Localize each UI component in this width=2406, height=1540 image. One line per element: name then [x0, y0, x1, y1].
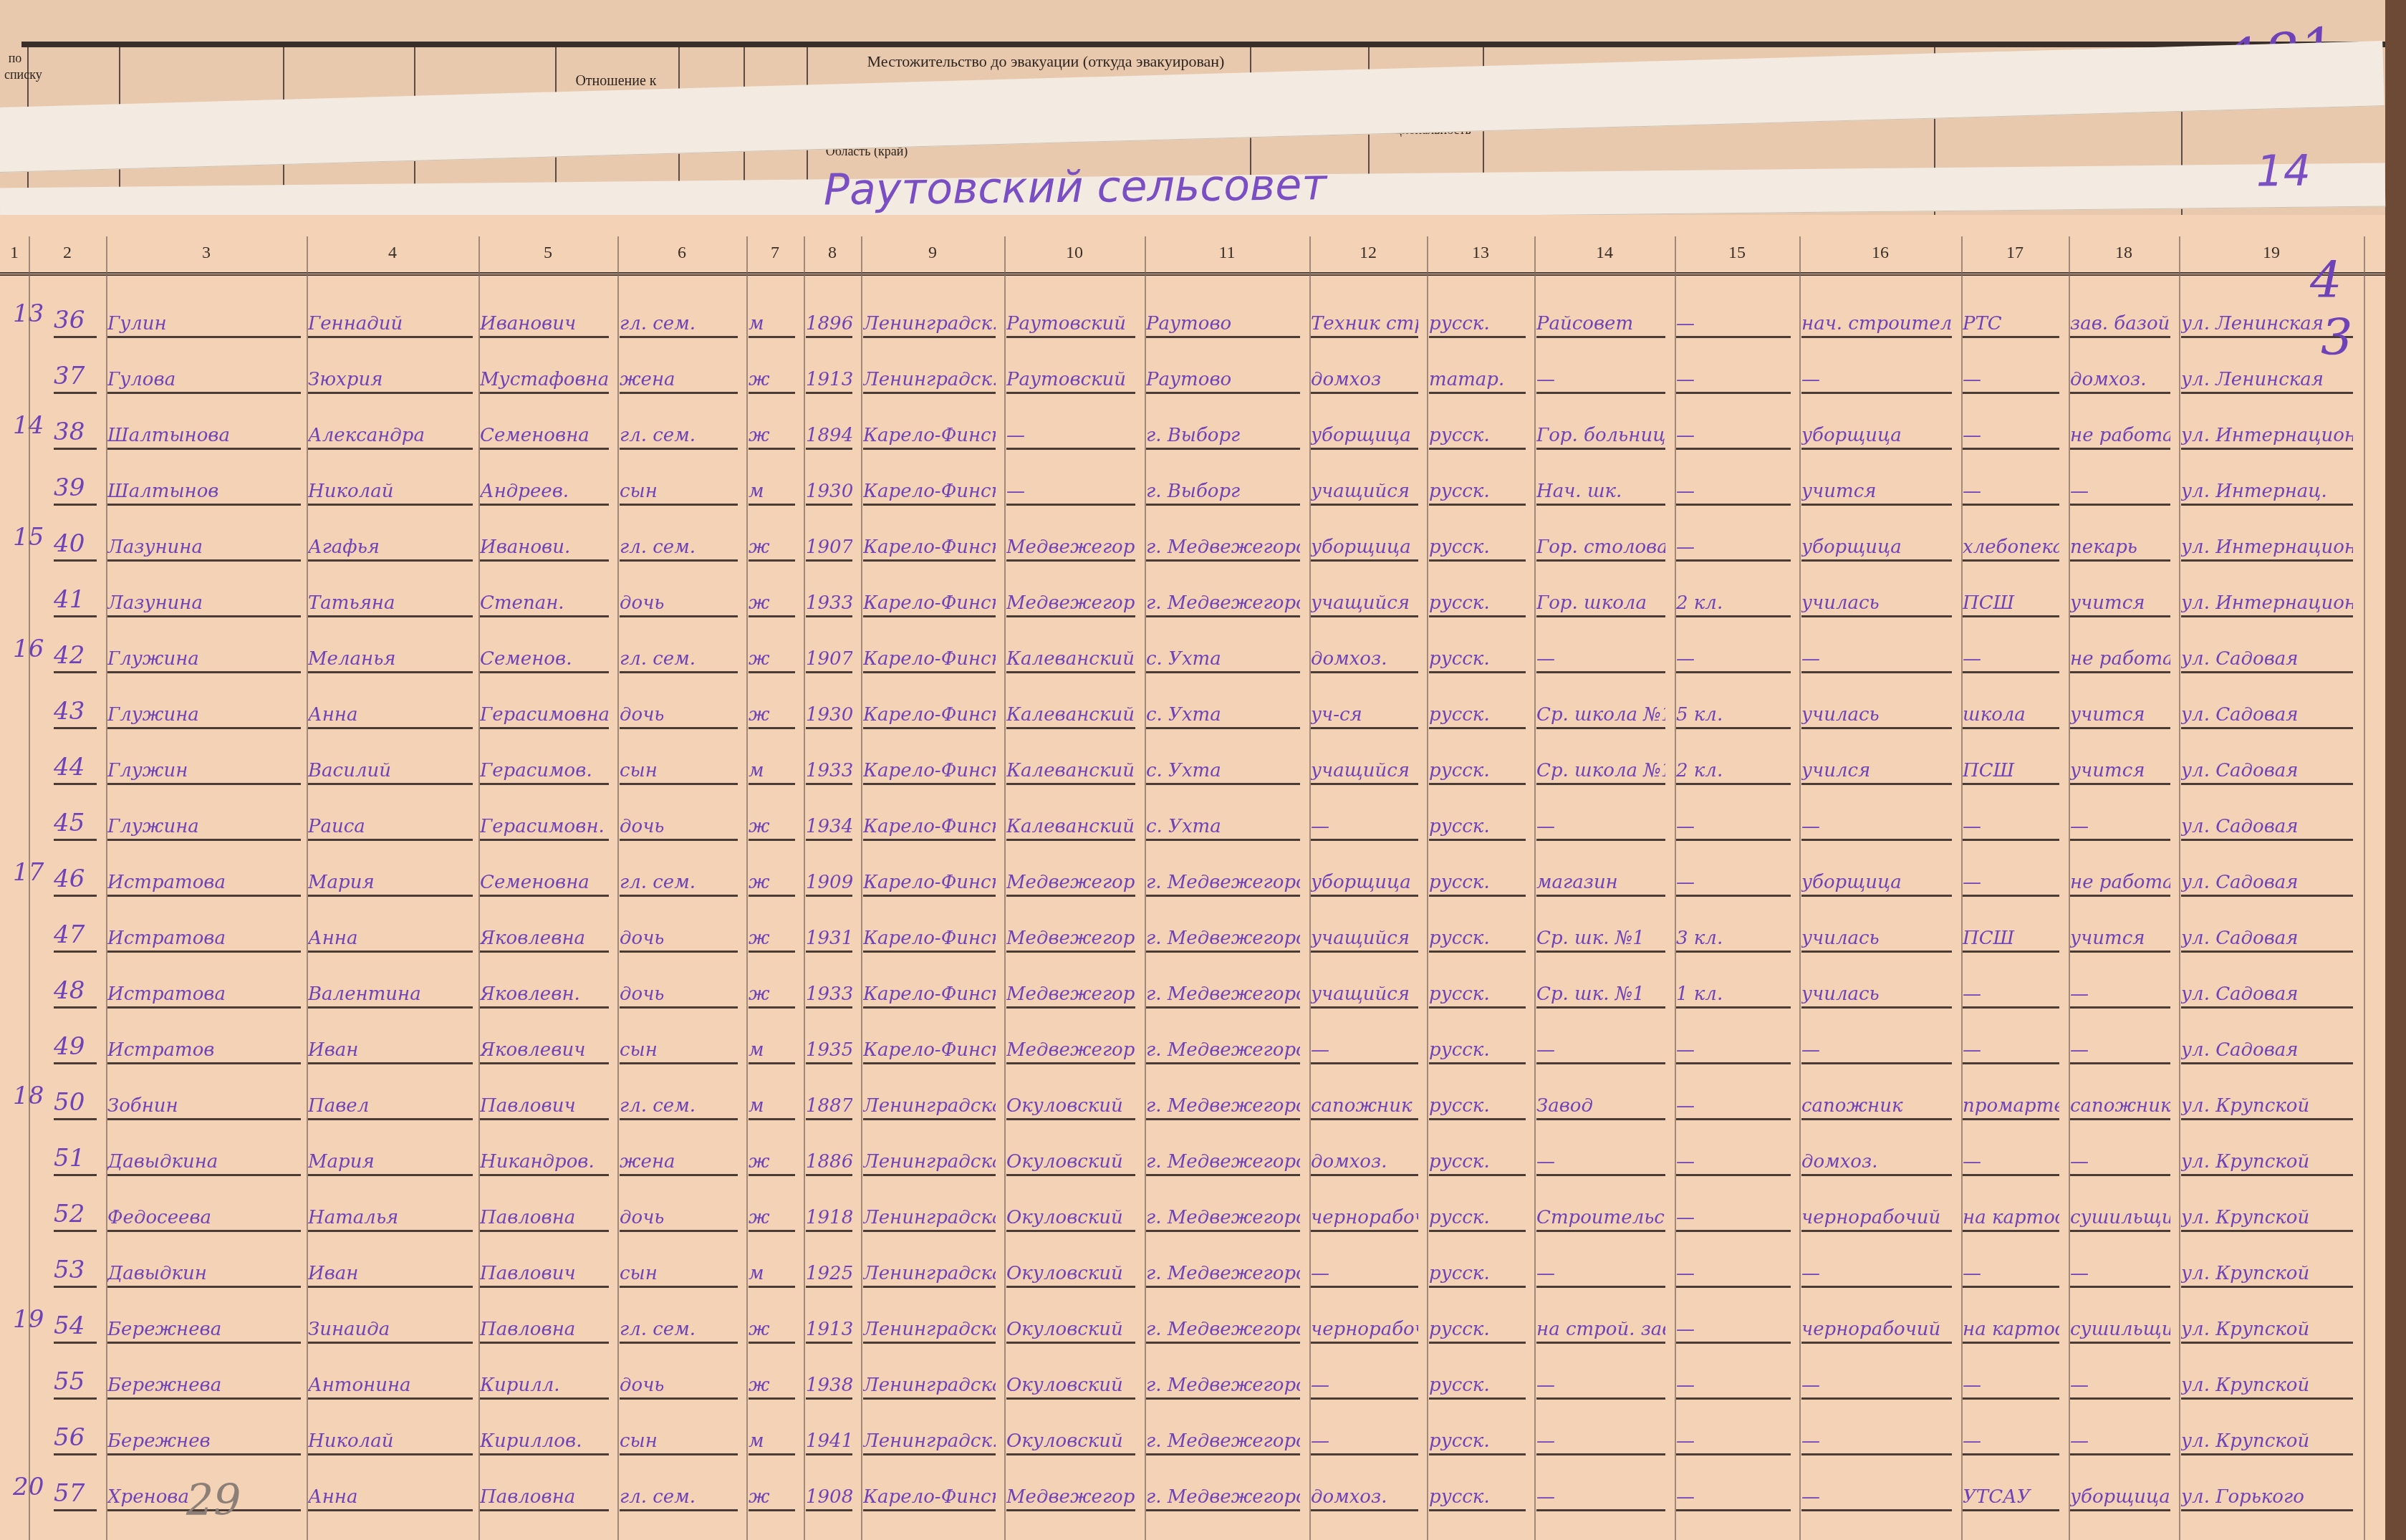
cell-position-now: —: [2070, 1263, 2170, 1288]
cell-address: ул. Интернациональная: [2181, 592, 2353, 617]
cell-address: ул. Крупской: [2181, 1095, 2353, 1120]
cell-patronymic: Яковлевич: [480, 1039, 609, 1064]
cell-first-name: Валентина: [308, 983, 473, 1009]
cell-no: 55: [54, 1367, 97, 1400]
cell-col15: 5 кл.: [1676, 704, 1791, 729]
register-page: 12345678910111213141516171819 1336ГулинГ…: [0, 215, 2385, 1540]
column-number: 4: [307, 244, 478, 263]
cell-region: Ленинградск.: [863, 313, 996, 338]
table-row: 39ШалтыновНиколайАндреев.сынм1930Карело-…: [0, 461, 2385, 510]
table-row: 53ДавыдкинИванПавловичсынм1925Ленинградс…: [0, 1243, 2385, 1292]
cell-nationality: русск.: [1429, 1151, 1526, 1176]
column-number: 5: [478, 244, 617, 263]
cell-no: 56: [54, 1423, 97, 1455]
cell-workplace-now: —: [1963, 816, 2059, 841]
grid-line: [106, 236, 107, 1540]
table-row: 52ФедосееваНатальяПавловнадочьж1918Ленин…: [0, 1188, 2385, 1236]
cell-patronymic: Кирилл.: [480, 1375, 609, 1400]
cell-surname: Зобнин: [107, 1095, 301, 1120]
cell-first-name: Анна: [308, 1486, 473, 1511]
cell-surname: Бережнева: [107, 1319, 301, 1344]
cell-first-name: Анна: [308, 928, 473, 953]
cell-patronymic: Яковлевн.: [480, 983, 609, 1009]
cell-profession: уборщица: [1311, 872, 1418, 897]
cell-year: 1886: [806, 1151, 852, 1176]
cell-position-before: уборщица: [1801, 872, 1952, 897]
cell-patronymic: Никандров.: [480, 1151, 609, 1176]
cell-surname: Давыдкин: [107, 1263, 301, 1288]
cell-position-now: зав. базой: [2070, 313, 2170, 338]
cell-patronymic: Степан.: [480, 592, 609, 617]
cell-settlement: с. Ухта: [1146, 760, 1300, 785]
cell-year: 1925: [806, 1263, 852, 1288]
cell-settlement: г. Медвежегорск: [1146, 1486, 1300, 1511]
cell-patronymic: Герасимовн.: [480, 816, 609, 841]
cell-district: Медвежегорский: [1006, 928, 1135, 953]
cell-district: Калеванский: [1006, 816, 1135, 841]
cell-workplace-now: на картофелесушилке: [1963, 1319, 2059, 1344]
cell-workplace-before: —: [1536, 1039, 1665, 1064]
cell-region: Карело-Финская АССР: [863, 592, 996, 617]
cell-region: Карело-Финская АССР: [863, 928, 996, 953]
cell-address: ул. Садовая: [2181, 928, 2353, 953]
cell-position-before: домхоз.: [1801, 1151, 1952, 1176]
cell-year: 1907: [806, 648, 852, 673]
cell-sex: м: [749, 760, 795, 785]
cell-first-name: Мария: [308, 1151, 473, 1176]
cell-first-name: Раиса: [308, 816, 473, 841]
cell-year: 1931: [806, 928, 852, 953]
cell-no: 38: [54, 418, 97, 450]
cell-no: 49: [54, 1032, 97, 1064]
cell-col15: 1 кл.: [1676, 983, 1791, 1009]
cell-workplace-now: —: [1963, 1263, 2059, 1288]
column-number: 8: [804, 244, 861, 263]
table-row: 45ГлужинаРаисаГерасимовн.дочьж1934Карело…: [0, 797, 2385, 845]
cell-district: Калеванский: [1006, 648, 1135, 673]
cell-nationality: русск.: [1429, 928, 1526, 953]
table-row: 51ДавыдкинаМарияНикандров.женаж1886Ленин…: [0, 1132, 2385, 1180]
cell-relation: жена: [620, 369, 738, 394]
cell-workplace-now: —: [1963, 648, 2059, 673]
cell-settlement: г. Медвежегорск: [1146, 536, 1300, 562]
cell-surname: Шалтынов: [107, 481, 301, 506]
header-residence-group: Местожительство до эвакуации (откуда эва…: [845, 52, 1246, 72]
cell-region: Ленинградская: [863, 1095, 996, 1120]
cell-position-before: училась: [1801, 983, 1952, 1009]
cell-workplace-now: школа: [1963, 704, 2059, 729]
cell-first-name: Павел: [308, 1095, 473, 1120]
cell-col15: —: [1676, 1375, 1791, 1400]
cell-nationality: татар.: [1429, 369, 1526, 394]
cell-nationality: русск.: [1429, 1095, 1526, 1120]
table-row: 1438ШалтыноваАлександраСеменовнагл. сем.…: [0, 405, 2385, 454]
cell-region: Карело-Финская АССР: [863, 983, 996, 1009]
cell-workplace-before: Гор. столовая: [1536, 536, 1665, 562]
column-number: 1: [0, 244, 29, 263]
cell-surname: Глужин: [107, 760, 301, 785]
cell-sex: ж: [749, 369, 795, 394]
cell-address: ул. Интернациональная: [2181, 536, 2353, 562]
cell-position-before: чернорабочий: [1801, 1319, 1952, 1344]
cell-settlement: г. Медвежегорск: [1146, 983, 1300, 1009]
cell-profession: учащийся: [1311, 983, 1418, 1009]
cell-workplace-now: промартель: [1963, 1095, 2059, 1120]
cell-relation: дочь: [620, 1207, 738, 1232]
cell-position-now: учится: [2070, 760, 2170, 785]
cell-address: ул. Садовая: [2181, 816, 2353, 841]
cell-settlement: г. Медвежегорск: [1146, 1207, 1300, 1232]
cell-col15: —: [1676, 1095, 1791, 1120]
cell-district: Окуловский: [1006, 1151, 1135, 1176]
cell-region: Карело-Финская АССР: [863, 481, 996, 506]
cell-settlement: с. Ухта: [1146, 648, 1300, 673]
cell-address: ул. Садовая: [2181, 760, 2353, 785]
cell-region: Ленинградская: [863, 1207, 996, 1232]
cell-workplace-now: —: [1963, 1430, 2059, 1455]
grid-line: [2069, 236, 2070, 1540]
cell-no: 50: [54, 1088, 97, 1120]
cell-year: 1933: [806, 983, 852, 1009]
column-number-row: 12345678910111213141516171819: [0, 236, 2385, 276]
cell-first-name: Антонина: [308, 1375, 473, 1400]
cell-position-now: не работает: [2070, 648, 2170, 673]
cell-workplace-before: Гор. больница: [1536, 425, 1665, 450]
table-row: 1746ИстратоваМарияСеменовнагл. сем.ж1909…: [0, 852, 2385, 901]
grid-line: [1427, 236, 1428, 1540]
cell-nationality: русск.: [1429, 872, 1526, 897]
cell-district: Медвежегорский: [1006, 1039, 1135, 1064]
cell-workplace-now: —: [1963, 369, 2059, 394]
cell-relation: сын: [620, 1039, 738, 1064]
cell-relation: сын: [620, 481, 738, 506]
cell-year: 1933: [806, 760, 852, 785]
cell-position-before: —: [1801, 1430, 1952, 1455]
cell-no: 57: [54, 1479, 97, 1511]
cell-first-name: Николай: [308, 481, 473, 506]
cell-position-before: училась: [1801, 592, 1952, 617]
cell-sex: ж: [749, 592, 795, 617]
grid-line: [1534, 236, 1536, 1540]
cell-patronymic: Павлович: [480, 1263, 609, 1288]
cell-no: 37: [54, 362, 97, 394]
cell-district: —: [1006, 481, 1135, 506]
cell-region: Карело-Финская АССР: [863, 1486, 996, 1511]
table-row: 48ИстратоваВалентинаЯковлевн.дочьж1933Ка…: [0, 964, 2385, 1013]
grid-line: [617, 236, 619, 1540]
cell-workplace-before: Ср. шк. №1: [1536, 928, 1665, 953]
cell-nationality: русск.: [1429, 313, 1526, 338]
table-row: 1642ГлужинаМеланьяСеменов.гл. сем.ж1907К…: [0, 629, 2385, 678]
cell-year: 1938: [806, 1375, 852, 1400]
cell-relation: дочь: [620, 704, 738, 729]
table-row: 2057ХреноваАннаПавловнагл. сем.ж1908Каре…: [0, 1467, 2385, 1516]
cell-year: 1933: [806, 592, 852, 617]
cell-sex: ж: [749, 704, 795, 729]
cell-profession: —: [1311, 816, 1418, 841]
cell-workplace-now: ПСШ: [1963, 760, 2059, 785]
cell-workplace-before: —: [1536, 1430, 1665, 1455]
cell-settlement: Раутово: [1146, 313, 1300, 338]
cell-settlement: с. Ухта: [1146, 816, 1300, 841]
cell-col15: —: [1676, 648, 1791, 673]
cell-relation: гл. сем.: [620, 1095, 738, 1120]
cell-no: 39: [54, 473, 97, 506]
cell-workplace-now: РТС: [1963, 313, 2059, 338]
cell-sex: м: [749, 313, 795, 338]
table-row: 1850ЗобнинПавелПавловичгл. сем.м1887Лени…: [0, 1076, 2385, 1125]
cell-settlement: г. Выборг: [1146, 481, 1300, 506]
cell-position-now: пекарь: [2070, 536, 2170, 562]
cell-address: ул. Крупской: [2181, 1263, 2353, 1288]
cell-position-before: уборщица: [1801, 536, 1952, 562]
cell-nationality: русск.: [1429, 1375, 1526, 1400]
strip-number: 14: [2256, 146, 2311, 197]
cell-surname: Глужина: [107, 648, 301, 673]
cell-col15: 3 кл.: [1676, 928, 1791, 953]
cell-position-now: —: [2070, 1151, 2170, 1176]
grid-line: [1309, 236, 1311, 1540]
cell-relation: дочь: [620, 983, 738, 1009]
cell-address: ул. Садовая: [2181, 983, 2353, 1009]
cell-workplace-now: —: [1963, 1151, 2059, 1176]
cell-sex: ж: [749, 1207, 795, 1232]
cell-no: 36: [54, 306, 97, 338]
cell-col15: —: [1676, 872, 1791, 897]
cell-sex: ж: [749, 1486, 795, 1511]
cell-position-before: нач. строительства: [1801, 313, 1952, 338]
cell-position-before: —: [1801, 1263, 1952, 1288]
cell-profession: чернорабочий: [1311, 1319, 1418, 1344]
cell-workplace-before: Ср. шк. №1: [1536, 983, 1665, 1009]
cell-patronymic: Иванович: [480, 313, 609, 338]
column-number: 9: [861, 244, 1004, 263]
cell-nationality: русск.: [1429, 1430, 1526, 1455]
cell-nationality: русск.: [1429, 760, 1526, 785]
cell-patronymic: Кириллов.: [480, 1430, 609, 1455]
cell-profession: —: [1311, 1430, 1418, 1455]
cell-no: 42: [54, 641, 97, 673]
cell-nationality: русск.: [1429, 983, 1526, 1009]
cell-address: ул. Садовая: [2181, 648, 2353, 673]
cell-settlement: с. Ухта: [1146, 704, 1300, 729]
cell-year: 1918: [806, 1207, 852, 1232]
cell-col15: —: [1676, 816, 1791, 841]
cell-sex: ж: [749, 983, 795, 1009]
cell-address: ул. Крупской: [2181, 1207, 2353, 1232]
cell-relation: сын: [620, 1263, 738, 1288]
cell-col15: —: [1676, 1151, 1791, 1176]
cell-region: Карело-Финская АССР: [863, 1039, 996, 1064]
cell-no: 47: [54, 920, 97, 953]
cell-first-name: Александра: [308, 425, 473, 450]
cell-workplace-before: Райсовет: [1536, 313, 1665, 338]
cell-relation: гл. сем.: [620, 536, 738, 562]
cell-workplace-now: ПСШ: [1963, 592, 2059, 617]
table-row: 1336ГулинГеннадийИвановичгл. сем.м1896Ле…: [0, 294, 2385, 342]
cell-first-name: Зинаида: [308, 1319, 473, 1344]
cell-settlement: г. Медвежегорск: [1146, 1151, 1300, 1176]
cell-relation: гл. сем.: [620, 648, 738, 673]
cell-no: 48: [54, 976, 97, 1009]
cell-region: Ленинградск.: [863, 369, 996, 394]
cell-first-name: Василий: [308, 760, 473, 785]
cell-nationality: русск.: [1429, 1207, 1526, 1232]
cell-district: —: [1006, 425, 1135, 450]
cell-col15: 2 кл.: [1676, 760, 1791, 785]
column-number: 13: [1427, 244, 1534, 263]
cell-patronymic: Семеновна: [480, 872, 609, 897]
cell-settlement: г. Медвежегорск: [1146, 1375, 1300, 1400]
cell-position-now: учится: [2070, 704, 2170, 729]
cell-first-name: Мария: [308, 872, 473, 897]
cell-surname: Бережнева: [107, 1375, 301, 1400]
grid-line: [2364, 236, 2365, 1540]
cell-profession: учащийся: [1311, 760, 1418, 785]
cell-profession: учащийся: [1311, 481, 1418, 506]
cell-profession: учащийся: [1311, 592, 1418, 617]
margin-mark: 4: [2310, 251, 2342, 309]
cell-no: 46: [54, 865, 97, 897]
column-number: 14: [1534, 244, 1675, 263]
cell-region: Ленинградская: [863, 1319, 996, 1344]
grid-line: [29, 236, 30, 1540]
cell-workplace-before: —: [1536, 1151, 1665, 1176]
cell-profession: —: [1311, 1375, 1418, 1400]
cell-surname: Гулин: [107, 313, 301, 338]
cell-year: 1896: [806, 313, 852, 338]
cell-position-before: учился: [1801, 760, 1952, 785]
cell-position-now: —: [2070, 1375, 2170, 1400]
cell-district: Калеванский: [1006, 760, 1135, 785]
cell-sex: м: [749, 1263, 795, 1288]
table-row: 37ГуловаЗюхрияМустафовнаженаж1913Ленингр…: [0, 350, 2385, 398]
cell-position-before: сапожник: [1801, 1095, 1952, 1120]
grid-line: [1799, 236, 1801, 1540]
cell-settlement: Раутово: [1146, 369, 1300, 394]
cell-nationality: русск.: [1429, 1486, 1526, 1511]
cell-position-now: домхоз.: [2070, 369, 2170, 394]
cell-profession: —: [1311, 1039, 1418, 1064]
cell-surname: Федосеева: [107, 1207, 301, 1232]
cell-district: Окуловский: [1006, 1263, 1135, 1288]
cell-workplace-before: —: [1536, 1486, 1665, 1511]
cell-year: 1930: [806, 481, 852, 506]
column-number: 6: [617, 244, 746, 263]
cell-district: Медвежегорский: [1006, 1486, 1135, 1511]
table-row: 49ИстратовИванЯковлевичсынм1935Карело-Фи…: [0, 1020, 2385, 1069]
cell-workplace-now: —: [1963, 425, 2059, 450]
cell-profession: Техник строитель: [1311, 313, 1418, 338]
cell-workplace-now: —: [1963, 872, 2059, 897]
cell-nationality: русск.: [1429, 1039, 1526, 1064]
cell-workplace-now: ПСШ: [1963, 928, 2059, 953]
cell-workplace-now: хлебопекарня: [1963, 536, 2059, 562]
column-number: 18: [2069, 244, 2179, 263]
cell-region: Карело-Финская АССР: [863, 536, 996, 562]
cell-col15: —: [1676, 536, 1791, 562]
table-row: 55БережневаАнтонинаКирилл.дочьж1938Ленин…: [0, 1355, 2385, 1404]
cell-profession: уборщица: [1311, 425, 1418, 450]
cell-district: Окуловский: [1006, 1207, 1135, 1232]
cell-first-name: Николай: [308, 1430, 473, 1455]
cell-no: 43: [54, 697, 97, 729]
cell-address: ул. Крупской: [2181, 1375, 2353, 1400]
cell-profession: домхоз: [1311, 369, 1418, 394]
strip-note: Раутовский сельсовет: [823, 160, 1327, 215]
cell-year: 1934: [806, 816, 852, 841]
cell-address: ул. Крупской: [2181, 1430, 2353, 1455]
cell-profession: сапожник: [1311, 1095, 1418, 1120]
cell-sex: м: [749, 481, 795, 506]
cell-position-now: сушильщицей: [2070, 1319, 2170, 1344]
cell-settlement: г. Медвежегорск: [1146, 1095, 1300, 1120]
cell-col15: —: [1676, 481, 1791, 506]
column-number: 2: [29, 244, 106, 263]
cell-first-name: Татьяна: [308, 592, 473, 617]
cell-nationality: русск.: [1429, 1319, 1526, 1344]
cell-settlement: г. Выборг: [1146, 425, 1300, 450]
column-number: 16: [1799, 244, 1961, 263]
cell-workplace-before: на строй. заводе: [1536, 1319, 1665, 1344]
grid-line: [804, 236, 805, 1540]
table-row: 1954БережневаЗинаидаПавловнагл. сем.ж191…: [0, 1299, 2385, 1348]
cell-workplace-before: Ср. школа №1: [1536, 760, 1665, 785]
cell-col15: —: [1676, 1319, 1791, 1344]
column-number: 3: [106, 244, 307, 263]
cell-district: Калеванский: [1006, 704, 1135, 729]
cell-surname: Гулова: [107, 369, 301, 394]
cell-patronymic: Павлович: [480, 1095, 609, 1120]
cell-relation: гл. сем.: [620, 313, 738, 338]
cell-nationality: русск.: [1429, 1263, 1526, 1288]
cell-surname: Глужина: [107, 704, 301, 729]
cell-address: ул. Интернац.: [2181, 481, 2353, 506]
cell-year: 1908: [806, 1486, 852, 1511]
cell-no: 44: [54, 753, 97, 785]
cell-sex: ж: [749, 1319, 795, 1344]
cell-relation: гл. сем.: [620, 872, 738, 897]
cell-no: 53: [54, 1256, 97, 1288]
cell-workplace-now: УТСАУ: [1963, 1486, 2059, 1511]
cell-no: 45: [54, 809, 97, 841]
cell-position-now: —: [2070, 983, 2170, 1009]
cell-relation: гл. сем.: [620, 1319, 738, 1344]
cell-year: 1935: [806, 1039, 852, 1064]
cell-position-before: —: [1801, 369, 1952, 394]
cell-nationality: русск.: [1429, 648, 1526, 673]
cell-region: Ленинградская: [863, 1375, 996, 1400]
cell-no: 54: [54, 1312, 97, 1344]
cell-district: Раутовский: [1006, 313, 1135, 338]
cell-relation: сын: [620, 1430, 738, 1455]
cell-col15: —: [1676, 425, 1791, 450]
cell-region: Карело-Финская АССР: [863, 872, 996, 897]
cell-district: Окуловский: [1006, 1430, 1135, 1455]
table-row: 47ИстратоваАннаЯковлевнадочьж1931Карело-…: [0, 908, 2385, 957]
grid-line: [861, 236, 862, 1540]
cell-address: ул. Садовая: [2181, 1039, 2353, 1064]
cell-year: 1913: [806, 1319, 852, 1344]
cell-address: ул. Интернациональная: [2181, 425, 2353, 450]
cell-year: 1930: [806, 704, 852, 729]
cell-region: Ленинградская: [863, 1263, 996, 1288]
cell-year: 1894: [806, 425, 852, 450]
cell-surname: Шалтынова: [107, 425, 301, 450]
cell-col15: 2 кл.: [1676, 592, 1791, 617]
cell-relation: дочь: [620, 592, 738, 617]
cell-no: 41: [54, 585, 97, 617]
